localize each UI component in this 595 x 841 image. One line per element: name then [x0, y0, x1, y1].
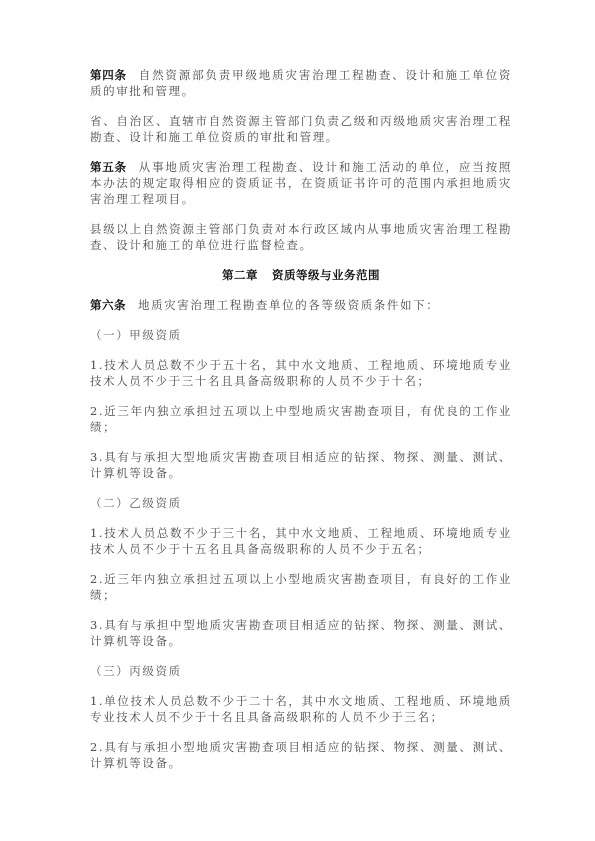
chapter-title: 资质等级与业务范围 [272, 268, 380, 282]
subsection-heading: （一）甲级资质 [90, 327, 512, 343]
list-item: 1.单位技术人员总数不少于二十名，其中水文地质、工程地质、环境地质专业技术人员不… [90, 693, 512, 725]
article-text: 自然资源部负责甲级地质灾害治理工程勘查、设计和施工单位资质的审批和管理。 [90, 68, 512, 98]
chapter-heading: 第二章资质等级与业务范围 [90, 267, 512, 283]
article-label: 第四条 [90, 68, 127, 82]
paragraph: 省、自治区、直辖市自然资源主管部门负责乙级和丙级地质灾害治理工程勘查、设计和施工… [90, 113, 512, 145]
article-label: 第六条 [90, 298, 126, 312]
document-page: 第四条自然资源部负责甲级地质灾害治理工程勘查、设计和施工单位资质的审批和管理。 … [90, 67, 512, 785]
chapter-number: 第二章 [222, 268, 258, 282]
article-text: 从事地质灾害治理工程勘查、设计和施工活动的单位，应当按照本办法的规定取得相应的资… [90, 160, 512, 206]
subsection-heading: （二）乙级资质 [90, 495, 512, 511]
subsection-heading: （三）丙级资质 [90, 663, 512, 679]
paragraph: 县级以上自然资源主管部门负责对本行政区域内从事地质灾害治理工程勘查、设计和施工的… [90, 221, 512, 253]
list-item: 3.具有与承担中型地质灾害勘查项目相适应的钻探、物探、测量、测试、计算机等设备。 [90, 617, 512, 649]
article-6: 第六条地质灾害治理工程勘查单位的各等级资质条件如下： [90, 297, 512, 313]
list-item: 2.近三年内独立承担过五项以上小型地质灾害勘查项目，有良好的工作业绩； [90, 571, 512, 603]
article-label: 第五条 [90, 160, 127, 174]
list-item: 2.近三年内独立承担过五项以上中型地质灾害勘查项目，有优良的工作业绩； [90, 403, 512, 435]
list-item: 1.技术人员总数不少于三十名，其中水文地质、工程地质、环境地质专业技术人员不少于… [90, 525, 512, 557]
article-4: 第四条自然资源部负责甲级地质灾害治理工程勘查、设计和施工单位资质的审批和管理。 [90, 67, 512, 99]
list-item: 3.具有与承担大型地质灾害勘查项目相适应的钻探、物探、测量、测试、计算机等设备。 [90, 449, 512, 481]
article-text: 地质灾害治理工程勘查单位的各等级资质条件如下： [138, 298, 439, 312]
list-item: 2.具有与承担小型地质灾害勘查项目相适应的钻探、物探、测量、测试、计算机等设备。 [90, 739, 512, 771]
article-5: 第五条从事地质灾害治理工程勘查、设计和施工活动的单位，应当按照本办法的规定取得相… [90, 159, 512, 207]
list-item: 1.技术人员总数不少于五十名，其中水文地质、工程地质、环境地质专业技术人员不少于… [90, 357, 512, 389]
